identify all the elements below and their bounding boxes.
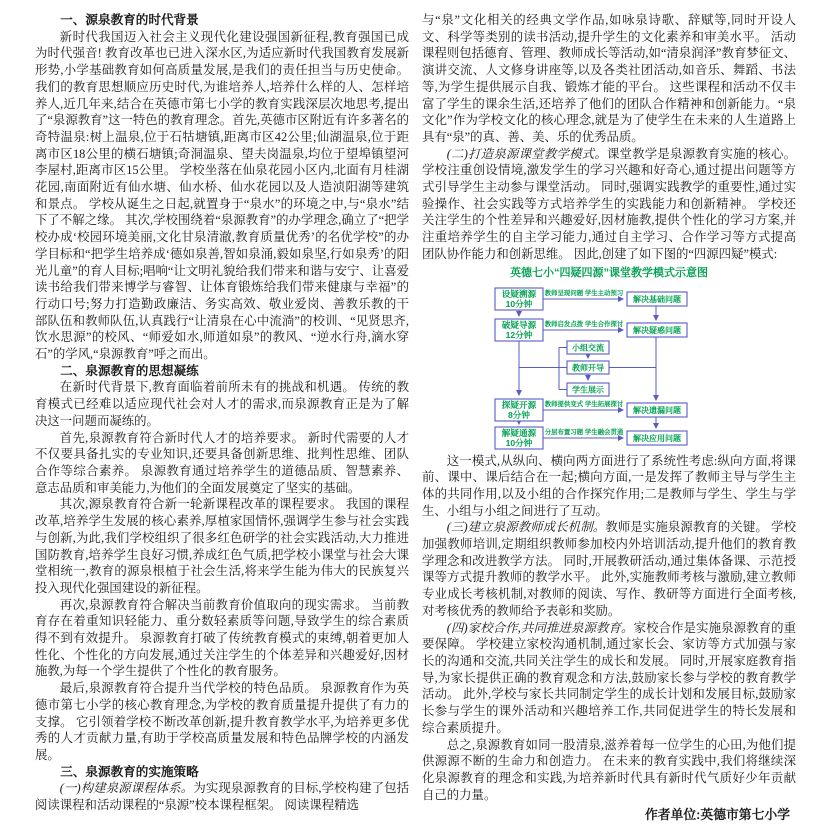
arrow-label-4: 分层布置习题 学生融会贯通 <box>544 427 623 436</box>
result-boxes: 解决基础问题 解决疑惑问题 解决遗漏问题 解决应用问题 <box>627 292 687 445</box>
result-2-label: 解决疑惑问题 <box>633 325 681 335</box>
student-show-label: 学生展示 <box>572 384 605 394</box>
paragraph-text: 课堂教学是泉源教育实施的核心。 学校注重创设情境,激发学生的学习兴趣和好奇心,通… <box>422 147 796 261</box>
teacher-guide-label: 教师开导 <box>571 362 604 372</box>
right-column: 与“泉”文化相关的经典文学作品,如咏泉诗歌、辞赋等,同时开设人文、科学等类别的读… <box>422 12 796 824</box>
flowchart-canvas: 设疑溯源 10分钟 破疑导源 12分钟 探疑开源 8分钟 解疑通源 10分钟 教… <box>423 283 796 451</box>
stage-2-name: 破疑导源 <box>501 319 536 330</box>
group-exchange-label: 小组交流 <box>572 342 604 352</box>
arrow-label-3: 教师提供变式 学生拓展探讨 <box>543 399 623 408</box>
body-paragraph: (一)构建泉源课程体系。为实现泉源教育的目标,学校构建了包括阅读课程和活动课程的… <box>35 780 409 813</box>
body-paragraph: 首先,泉源教育符合新时代人才的培养要求。 新时代需要的人才不仅要具备扎实的专业知… <box>35 430 409 497</box>
result-1-label: 解决基础问题 <box>633 294 681 304</box>
stage-1-name: 设疑溯源 <box>501 288 536 299</box>
body-paragraph: 总之,泉源教育如同一股清泉,滋养着每一位学生的心田,为他们提供源源不断的生命力和… <box>422 737 796 804</box>
result-3-label: 解决遗漏问题 <box>633 405 681 415</box>
diagram-title: 英德七小“四疑四源”课堂教学模式示意图 <box>422 266 796 281</box>
stage-3-name: 探疑开源 <box>501 399 536 410</box>
body-paragraph: (三)建立泉源教师成长机制。教师是实施泉源教育的关键。 学校加强教师培训,定期组… <box>422 519 796 619</box>
left-column: 一、源泉教育的时代背景 新时代我国迈入社会主义现代化建设强国新征程,教育强国已成… <box>35 12 409 824</box>
article-page: 一、源泉教育的时代背景 新时代我国迈入社会主义现代化建设强国新征程,教育强国已成… <box>0 0 815 824</box>
body-paragraph: 与“泉”文化相关的经典文学作品,如咏泉诗歌、辞赋等,同时开设人文、科学等类别的读… <box>422 12 796 146</box>
stage-3-time: 8分钟 <box>508 409 530 420</box>
middle-boxes: 小组交流 教师开导 学生展示 <box>567 341 609 396</box>
paragraph-lead: (一)构建泉源课程体系。 <box>60 781 194 795</box>
stage-1-time: 10分钟 <box>505 298 532 309</box>
paragraph-text: 家校合作是实施泉源教育的重要保障。 学校建立家校沟通机制,通过家长会、家访等方式… <box>422 621 796 735</box>
stage-4-time: 10分钟 <box>505 437 532 448</box>
stage-2-time: 12分钟 <box>505 329 532 340</box>
body-paragraph: 再次,泉源教育符合解决当前教育价值取向的现实需求。 当前教育存在着重知识轻能力、… <box>35 597 409 681</box>
body-paragraph: 最后,泉源教育符合提升当代学校的特色品质。 泉源教育作为英德市第七小学的核心教育… <box>35 680 409 764</box>
arrow-label-2: 教师启发点拨 学生合作探讨 <box>543 319 623 328</box>
flowchart-diagram: 英德七小“四疑四源”课堂教学模式示意图 <box>422 266 796 451</box>
body-paragraph: 这一模式,从纵向、横向两方面进行了系统性考虑:纵向方面,将课前、课中、课后结合在… <box>422 453 796 520</box>
author-affiliation: 作者单位:英德市第七小学 <box>422 806 796 824</box>
paragraph-lead: (三)建立泉源教师成长机制。 <box>447 520 606 534</box>
section-heading-3: 三、泉源教育的实施策略 <box>35 764 409 781</box>
body-paragraph: (二)打造泉源课堂教学模式。课堂教学是泉源教育实施的核心。 学校注重创设情境,激… <box>422 146 796 263</box>
section-heading-2: 二、泉源教育的思想凝练 <box>35 363 409 380</box>
paragraph-lead: (四)家校合作,共同推进泉源教育。 <box>447 621 634 635</box>
arrow-label-1: 教师呈现问题 学生主动预习 <box>543 288 623 297</box>
body-paragraph: 其次,源泉教育符合新一轮新课程改革的课程要求。 我国的课程改革,培养学生发展的核… <box>35 496 409 596</box>
body-paragraph: 新时代我国迈入社会主义现代化建设强国新征程,教育强国已成为时代强音! 教育改革也… <box>35 29 409 363</box>
result-4-label: 解决应用问题 <box>633 433 681 443</box>
paragraph-text: 教师是实施泉源教育的关键。 学校加强教师培训,定期组织教师参加校内外培训活动,提… <box>422 520 796 618</box>
body-paragraph: 在新时代背景下,教育面临着前所未有的挑战和机遇。 传统的教育模式已经难以适应现代… <box>35 379 409 429</box>
body-paragraph: (四)家校合作,共同推进泉源教育。家校合作是实施泉源教育的重要保障。 学校建立家… <box>422 620 796 737</box>
paragraph-lead: (二)打造泉源课堂教学模式。 <box>447 147 607 161</box>
stage-4-name: 解疑通源 <box>501 427 536 438</box>
section-heading-1: 一、源泉教育的时代背景 <box>35 12 409 29</box>
